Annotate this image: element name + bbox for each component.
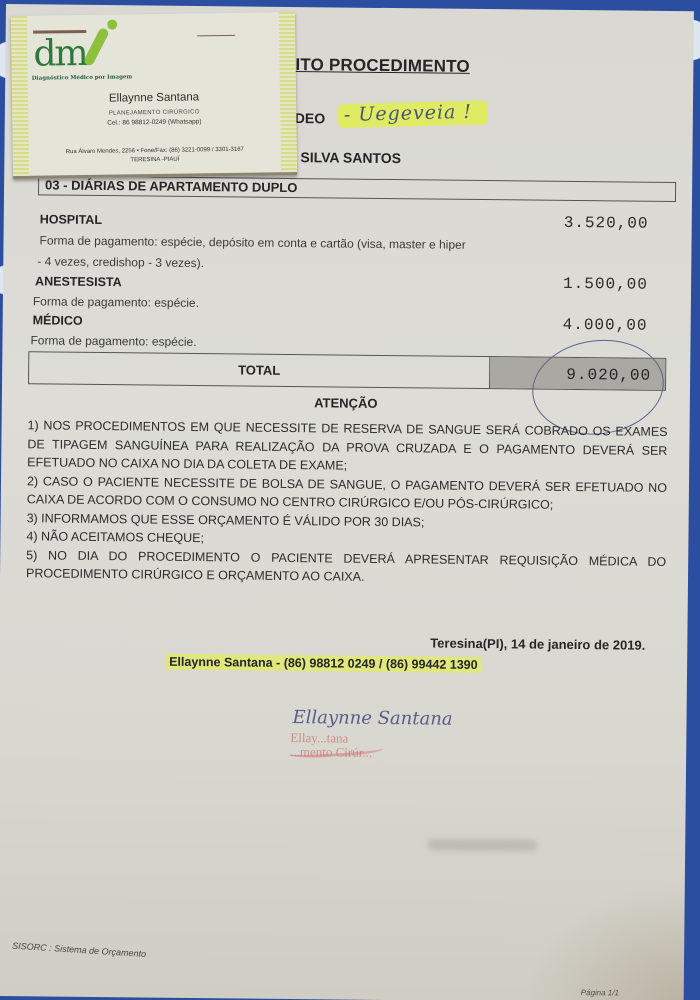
signature: Ellaynne Santana <box>292 707 452 730</box>
item-payment-medico: Forma de pagamento: espécie. <box>30 333 196 349</box>
procedure-label: DEO <box>295 110 326 126</box>
card-city: TERESINA -PIAUÍ <box>13 155 297 165</box>
item-amount-medico: 4.000,00 <box>563 316 648 335</box>
card-cel: Cel.: 86 98812-0249 (Whatsapp) <box>12 117 296 128</box>
section-header: 03 - DIÁRIAS DE APARTAMENTO DUPLO <box>38 175 676 202</box>
contact-line: Ellaynne Santana - (86) 98812 0249 / (86… <box>165 654 482 673</box>
note-5: 5) NO DIA DO PROCEDIMENTO O PACIENTE DEV… <box>26 546 666 590</box>
logo-person-icon <box>83 27 110 67</box>
item-payment-anestesista: Forma de pagamento: espécie. <box>33 294 199 310</box>
note-1: 1) NOS PROCEDIMENTOS EM QUE NECESSITE DE… <box>27 416 668 478</box>
item-payment-hospital-line1: Forma de pagamento: espécie, depósito em… <box>39 233 465 251</box>
attention-notes: 1) NOS PROCEDIMENTOS EM QUE NECESSITE DE… <box>26 416 668 589</box>
item-label-hospital: HOSPITAL <box>40 212 102 227</box>
note-2: 2) CASO O PACIENTE NECESSITE DE BOLSA DE… <box>27 472 667 516</box>
footer-system-name: SISORC : Sistema de Orçamento <box>12 941 146 959</box>
business-card: dm Diagnóstico Médico por Imagem Ellaynn… <box>11 12 297 179</box>
item-payment-hospital-line2: - 4 vezes, credishop - 3 vezes). <box>37 254 204 270</box>
patient-name: SILVA SANTOS <box>300 149 401 166</box>
card-pen-mark <box>197 35 235 37</box>
card-role: PLANEJAMENTO CIRÚRGICO <box>12 108 296 118</box>
item-amount-hospital: 3.520,00 <box>564 214 649 233</box>
total-label: TOTAL <box>29 352 490 388</box>
item-amount-anestesista: 1.500,00 <box>563 275 648 294</box>
logo-tagline: Diagnóstico Médico por Imagem <box>32 74 133 81</box>
logo-text: dm <box>33 33 87 75</box>
card-address: Rua Álvaro Mendes, 2256 • Fone/Fax: (86)… <box>13 146 297 156</box>
card-name: Ellaynne Santana <box>12 90 296 106</box>
ink-smudge <box>427 838 537 851</box>
item-label-medico: MÉDICO <box>33 313 83 328</box>
handwritten-note: - Uegeveia ! <box>338 100 489 128</box>
item-label-anestesista: ANESTESISTA <box>35 274 122 289</box>
document-title: ITO PROCEDIMENTO <box>295 55 470 77</box>
footer-page-number: Página 1/1 <box>581 988 619 997</box>
date-line: Teresina(PI), 14 de janeiro de 2019. <box>430 635 645 652</box>
